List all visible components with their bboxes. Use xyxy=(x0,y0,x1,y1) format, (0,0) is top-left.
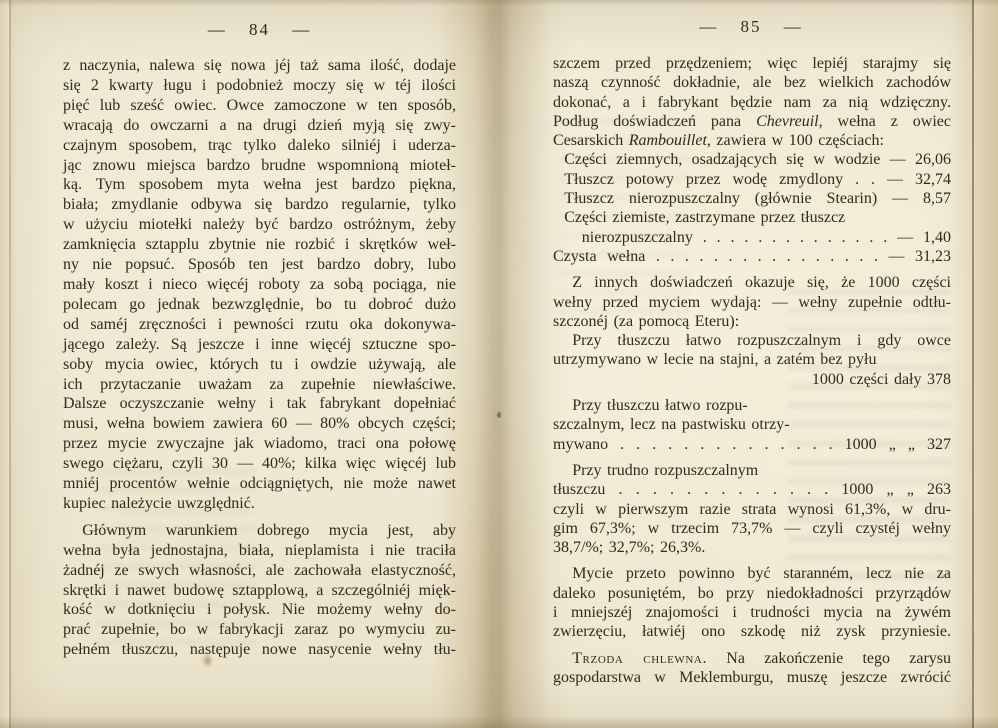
text-segment: Tłuszcz potowy przez wodę zmydlony . . —… xyxy=(564,171,951,188)
text-segment: biała; zmydlanie odbywa się bardzo regul… xyxy=(63,196,456,213)
text-segment: polecam go jednak bezwzględnie, bo tu do… xyxy=(63,296,456,313)
text-line: Mycie przeto powinno być staranném, lecz… xyxy=(553,564,951,583)
text-line: kupiec należycie uwzględnić. xyxy=(63,494,456,514)
text-line: się 2 kwarty ługu i podobnież moczy się … xyxy=(63,76,456,96)
text-line: wełny przed myciem wydają: — wełny zupeł… xyxy=(553,293,951,312)
text-line: skrętki i nawet budowę sztapplową, a szc… xyxy=(63,581,456,601)
page-text-84: z naczynia, nalewa się nowa jéj taż sama… xyxy=(63,56,456,660)
text-segment: , wełna z owiec xyxy=(819,113,951,130)
text-line: pełném tłuszczu, następuje nowe nasyceni… xyxy=(63,640,456,660)
text-segment: mywano . . . . . . . . . . . . . . 1000 … xyxy=(553,436,951,453)
text-segment: musi, wełna bowiem zawiera 60 — 80% obcy… xyxy=(63,415,456,432)
page-crease-left xyxy=(9,0,11,728)
text-segment: wracają do owczarni a na drugi dzień myj… xyxy=(63,117,456,134)
text-segment: ką. Tym sposobem myta wełna jest bardzo … xyxy=(63,176,456,193)
text-line: czyli w pierwszym razie strata wynosi 61… xyxy=(553,500,951,519)
text-segment: pięć lub sześć owiec. Owce zamoczone w t… xyxy=(63,97,456,114)
text-segment: Dalsze oczyszczanie wełny i tak fabrykan… xyxy=(63,395,456,412)
text-segment: 1000 części dały 378 xyxy=(812,371,951,388)
text-line: Części ziemiste, zastrzymane przez tłusz… xyxy=(553,208,951,227)
text-line: Cesarskich Rambouillet, zawiera w 100 cz… xyxy=(553,131,951,150)
text-line: mniéj procentów wełnie odciągniętych, ni… xyxy=(63,474,456,494)
text-line: Głównym warunkiem dobrego mycia jest, ab… xyxy=(63,521,456,541)
text-line: w użyciu miotełki należy być bardzo ostr… xyxy=(63,215,456,235)
text-line: od saméj zręczności i pewności rzutu oka… xyxy=(63,315,456,335)
text-line: Tłuszcz potowy przez wodę zmydlony . . —… xyxy=(553,170,951,189)
page-number-85: — 85 — xyxy=(553,17,949,37)
text-segment: Czysta wełna . . . . . . . . . . . . . .… xyxy=(553,248,951,265)
text-line: ką. Tym sposobem myta wełna jest bardzo … xyxy=(63,175,456,195)
text-segment: Podług doświadczeń pana xyxy=(553,113,756,130)
text-segment: dokonać, a i fabrykant będzie nam za nią… xyxy=(553,94,951,111)
text-segment: się 2 kwarty ługu i podobnież moczy się … xyxy=(63,77,456,94)
text-line: jącego zależy. Są jeszcze i inne więcéj … xyxy=(63,335,456,355)
text-segment: czyli w pierwszym razie strata wynosi 61… xyxy=(553,501,951,518)
text-line: jąc znowu miejsca bardzo brudne wspomnio… xyxy=(63,156,456,176)
text-segment: nierozpuszczalny . . . . . . . . . . . .… xyxy=(582,229,951,246)
text-segment: żadnéj ze swych własności, ale zachowała… xyxy=(63,562,456,579)
text-line: szczalnym, lecz na pastwisku otrzy- xyxy=(553,415,951,434)
text-segment: kupiec należycie uwzględnić. xyxy=(63,495,255,512)
text-line: 38,7/%; 32,7%; 26,3%. xyxy=(553,538,951,557)
text-segment: swego ciężaru, czyli 30 — 40%; kilka wię… xyxy=(63,455,456,472)
text-line: i mniejszéj znajomości i trudności mycia… xyxy=(553,603,951,622)
text-line: polecam go jednak bezwzględnie, bo tu do… xyxy=(63,295,456,315)
text-segment: Przy tłuszczu łatwo rozpuszczalnym i gdy… xyxy=(572,332,951,349)
text-line: Przy trudno rozpuszczalnym xyxy=(553,461,951,480)
text-segment: skrętki i nawet budowę sztapplową, a szc… xyxy=(63,582,456,599)
text-segment: zwierzęciu, łatwiéj ono szkodę niż zysk … xyxy=(553,623,951,640)
text-segment: Części ziemnych, osadzających się w wodz… xyxy=(564,151,951,168)
text-line: naszą czynność dokładnie, ale bez wielki… xyxy=(553,73,951,92)
text-line: Przy tłuszczu łatwo rozpuszczalnym i gdy… xyxy=(553,331,951,350)
paper-speck xyxy=(497,412,501,418)
text-line: gospodarstwa w Meklemburgu, muszę jeszcz… xyxy=(553,668,951,687)
text-segment: gospodarstwa w Meklemburgu, muszę jeszcz… xyxy=(553,669,951,686)
scan-edge-top xyxy=(0,0,998,6)
page-text-85: szczem przed przędzeniem; więc lepiéj st… xyxy=(553,54,951,687)
text-line: Tłuszcz nierozpuszczalny (głównie Steari… xyxy=(553,189,951,208)
text-line: 1000 części dały 378 xyxy=(553,370,951,389)
text-segment: soby mycia owiec, których tu i owdzie uż… xyxy=(63,356,456,373)
text-segment: jąc znowu miejsca bardzo brudne wspomnio… xyxy=(63,157,456,174)
text-segment: przez mycie zwyczajne jak wiadomo, traci… xyxy=(63,435,456,452)
text-segment: tłuszczu . . . . . . . . . . . . . 1000 … xyxy=(553,481,951,498)
page-edge-right xyxy=(974,0,998,728)
text-line: mały koszt i nieco więcéj roboty za sobą… xyxy=(63,275,456,295)
text-line: ich przytaczanie uważam za zupełnie niew… xyxy=(63,375,456,395)
text-segment: kość w dotknięciu i połysk. Nie możemy w… xyxy=(63,601,456,618)
text-line: utrzymywano w lecie na stajni, a zatém b… xyxy=(553,350,951,369)
text-segment: 38,7/%; 32,7%; 26,3%. xyxy=(553,539,705,556)
scan-edge-bottom xyxy=(0,716,998,728)
text-line: wracają do owczarni a na drugi dzień myj… xyxy=(63,116,456,136)
text-line: czajnym sposobem, trąc tylko daleko siln… xyxy=(63,136,456,156)
text-line: Z innych doświadczeń okazuje się, że 100… xyxy=(553,273,951,292)
text-line: swego ciężaru, czyli 30 — 40%; kilka wię… xyxy=(63,454,456,474)
text-segment: czajnym sposobem, trąc tylko daleko siln… xyxy=(63,137,456,154)
text-segment: od saméj zręczności i pewności rzutu oka… xyxy=(63,316,456,333)
text-line: prać zupełnie, bo w fabrykacji zaraz po … xyxy=(63,620,456,640)
text-segment: naszą czynność dokładnie, ale bez wielki… xyxy=(553,74,951,91)
text-line: Czysta wełna . . . . . . . . . . . . . .… xyxy=(553,247,951,266)
text-line: Przy tłuszczu łatwo rozpu- xyxy=(553,396,951,415)
text-line: z naczynia, nalewa się nowa jéj taż sama… xyxy=(63,56,456,76)
text-segment: szczonéj (za pomocą Eteru): xyxy=(553,313,739,330)
text-segment: utrzymywano w lecie na stajni, a zatém b… xyxy=(553,351,876,368)
book-scan: — 84 — z naczynia, nalewa się nowa jéj t… xyxy=(0,0,998,728)
text-line: wełna była jednostajna, biała, nieplamis… xyxy=(63,541,456,561)
italic-text: Rambouillet, xyxy=(629,132,711,149)
text-segment: wełny przed myciem wydają: — wełny zupeł… xyxy=(553,294,951,311)
text-segment: Głównym warunkiem dobrego mycia jest, ab… xyxy=(82,522,456,539)
text-segment: gim 67,3%; w trzecim 73,7% — czyli czyst… xyxy=(553,520,951,537)
text-segment: Cesarskich xyxy=(553,132,629,149)
text-line: kość w dotknięciu i połysk. Nie możemy w… xyxy=(63,600,456,620)
text-segment: Tłuszcz nierozpuszczalny (głównie Steari… xyxy=(564,190,951,207)
text-line: Dalsze oczyszczanie wełny i tak fabrykan… xyxy=(63,394,456,414)
text-segment: Na zakończenie tego zarysu xyxy=(707,650,951,667)
text-segment: ny nie popsuć. Sposób ten jest bardzo do… xyxy=(63,256,456,273)
text-segment: zamknięcia sztapplu zbytnie nie rozbić i… xyxy=(63,236,456,253)
italic-text: Chevreuil xyxy=(756,113,819,130)
text-line: Trzoda chlewna. Na zakończenie tego zary… xyxy=(553,649,951,668)
page-number-84: — 84 — xyxy=(63,20,456,40)
text-segment: Z innych doświadczeń okazuje się, że 100… xyxy=(572,274,951,291)
text-segment: w użyciu miotełki należy być bardzo ostr… xyxy=(63,216,456,233)
text-segment: Mycie przeto powinno być staranném, lecz… xyxy=(572,565,951,582)
smallcaps-text: Trzoda chlewna. xyxy=(572,650,707,667)
text-segment: szczem przed przędzeniem; więc lepiéj st… xyxy=(553,55,951,72)
text-segment: prać zupełnie, bo w fabrykacji zaraz po … xyxy=(63,621,456,638)
text-segment: mniéj procentów wełnie odciągniętych, ni… xyxy=(63,475,456,492)
text-segment: mały koszt i nieco więcéj roboty za sobą… xyxy=(63,276,456,293)
text-segment: wełna była jednostajna, biała, nieplamis… xyxy=(63,542,456,559)
text-segment: ich przytaczanie uważam za zupełnie niew… xyxy=(63,376,456,393)
text-line: musi, wełna bowiem zawiera 60 — 80% obcy… xyxy=(63,414,456,434)
text-segment: z naczynia, nalewa się nowa jéj taż sama… xyxy=(63,57,456,74)
text-segment: Przy tłuszczu łatwo rozpu- xyxy=(572,397,748,414)
text-line: daleko posuniętém, bo przy niedokładnośc… xyxy=(553,584,951,603)
book-gutter-shadow xyxy=(440,0,570,728)
text-line: soby mycia owiec, których tu i owdzie uż… xyxy=(63,355,456,375)
text-line: Części ziemnych, osadzających się w wodz… xyxy=(553,150,951,169)
text-line: żadnéj ze swych własności, ale zachowała… xyxy=(63,561,456,581)
text-segment: daleko posuniętém, bo przy niedokładnośc… xyxy=(553,585,951,602)
text-line: Podług doświadczeń pana Chevreuil, wełna… xyxy=(553,112,951,131)
text-line: zamknięcia sztapplu zbytnie nie rozbić i… xyxy=(63,235,456,255)
text-segment: i mniejszéj znajomości i trudności mycia… xyxy=(553,604,951,621)
text-line: mywano . . . . . . . . . . . . . . 1000 … xyxy=(553,435,951,454)
text-line: nierozpuszczalny . . . . . . . . . . . .… xyxy=(553,228,951,247)
text-line: szczonéj (za pomocą Eteru): xyxy=(553,312,951,331)
text-segment: szczalnym, lecz na pastwisku otrzy- xyxy=(553,416,790,433)
text-line: zwierzęciu, łatwiéj ono szkodę niż zysk … xyxy=(553,622,951,641)
text-line: dokonać, a i fabrykant będzie nam za nią… xyxy=(553,93,951,112)
page-edge-left xyxy=(0,0,9,728)
text-line: gim 67,3%; w trzecim 73,7% — czyli czyst… xyxy=(553,519,951,538)
text-line: szczem przed przędzeniem; więc lepiéj st… xyxy=(553,54,951,73)
page-crease-right xyxy=(972,0,974,728)
text-segment: pełném tłuszczu, następuje nowe nasyceni… xyxy=(63,641,456,658)
text-line: pięć lub sześć owiec. Owce zamoczone w t… xyxy=(63,96,456,116)
text-segment: zawiera w 100 częściach: xyxy=(711,132,884,149)
text-line: biała; zmydlanie odbywa się bardzo regul… xyxy=(63,195,456,215)
text-line: przez mycie zwyczajne jak wiadomo, traci… xyxy=(63,434,456,454)
text-segment: Części ziemiste, zastrzymane przez tłusz… xyxy=(564,209,845,226)
text-segment: jącego zależy. Są jeszcze i inne więcéj … xyxy=(63,336,456,353)
text-line: ny nie popsuć. Sposób ten jest bardzo do… xyxy=(63,255,456,275)
text-segment: Przy trudno rozpuszczalnym xyxy=(572,462,758,479)
text-line: tłuszczu . . . . . . . . . . . . . 1000 … xyxy=(553,480,951,499)
